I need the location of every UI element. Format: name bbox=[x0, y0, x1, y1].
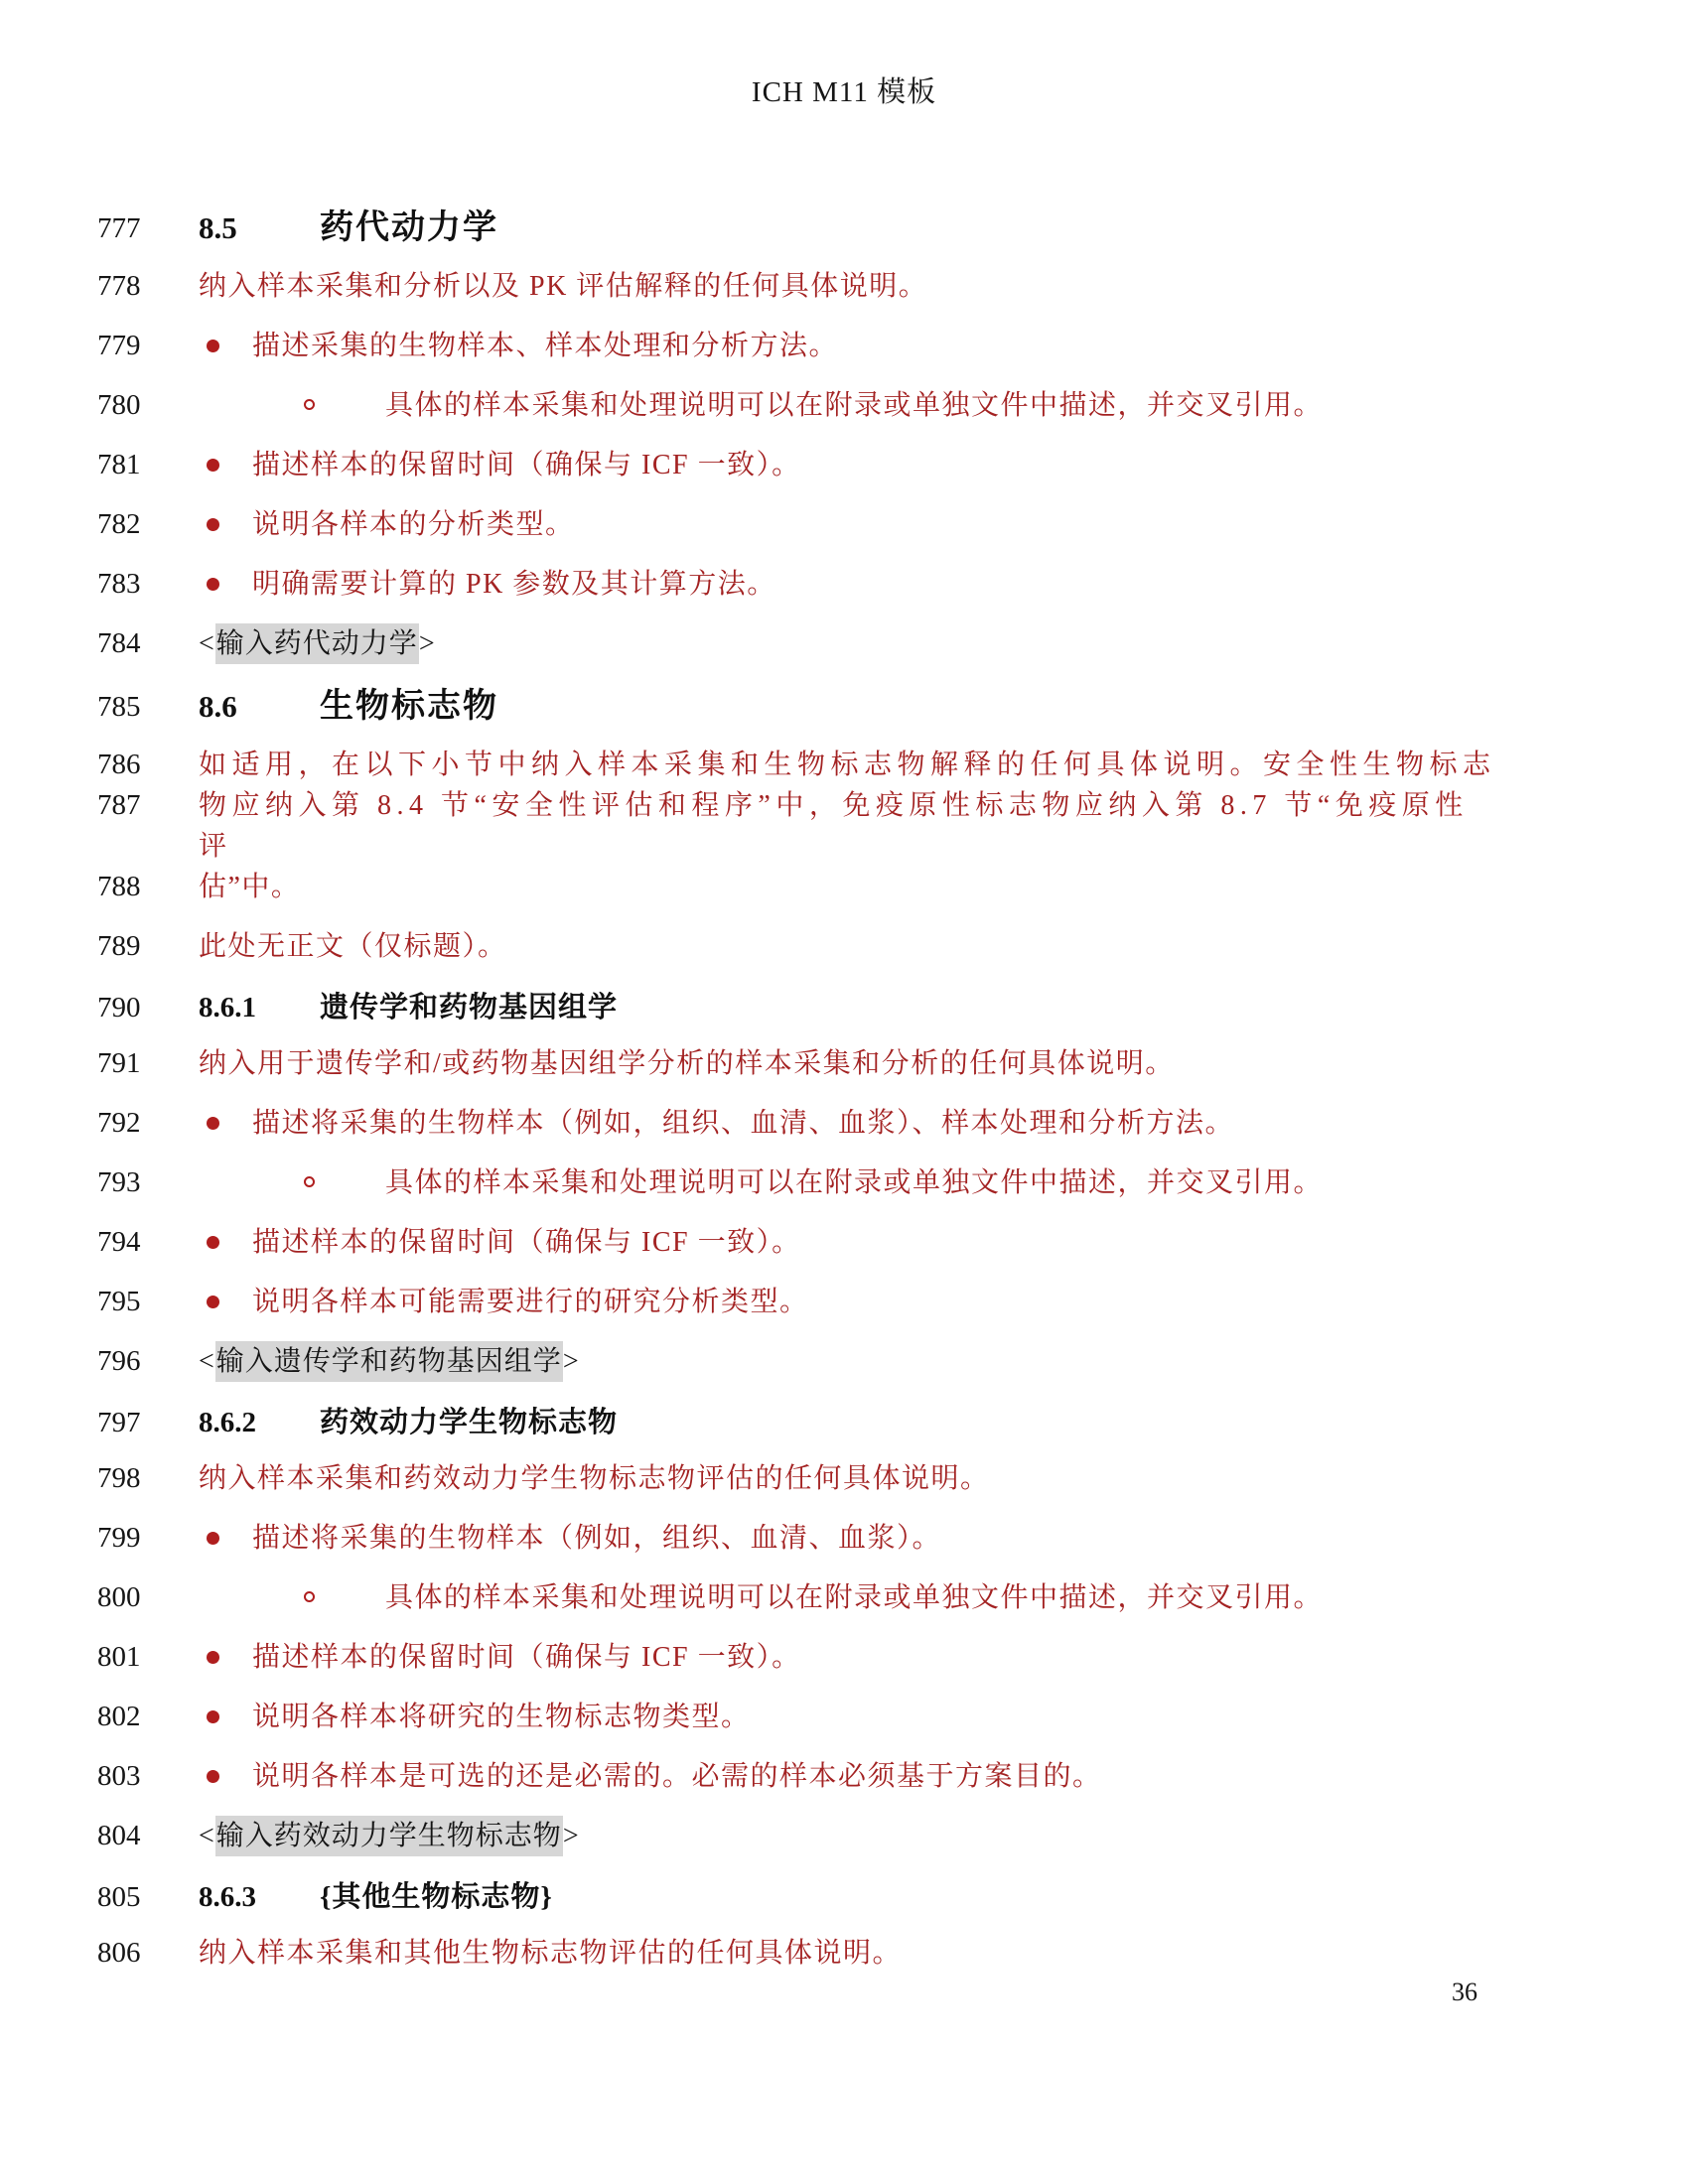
bullet-text: 具体的样本采集和处理说明可以在附录或单独文件中描述，并交叉引用。 bbox=[385, 390, 1323, 421]
bullet-item: 具体的样本采集和处理说明可以在附录或单独文件中描述，并交叉引用。 bbox=[199, 1162, 1499, 1203]
line-row: 793具体的样本采集和处理说明可以在附录或单独文件中描述，并交叉引用。 bbox=[97, 1162, 1499, 1203]
section-number: 8.6.3 bbox=[199, 1875, 320, 1919]
line-row: 792描述将采集的生物样本（例如，组织、血清、血浆）、样本处理和分析方法。 bbox=[97, 1103, 1499, 1144]
section-title: 药代动力学 bbox=[320, 209, 498, 246]
line-number: 803 bbox=[97, 1756, 199, 1797]
bullet-text: 说明各样本将研究的生物标志物类型。 bbox=[252, 1702, 751, 1732]
line-row: 801描述样本的保留时间（确保与 ICF 一致）。 bbox=[97, 1637, 1499, 1678]
paragraph-text: 物应纳入第 8.4 节“安全性评估和程序”中，免疫原性标志物应纳入第 8.7 节… bbox=[199, 785, 1499, 867]
filled-bullet-icon bbox=[207, 518, 219, 531]
filled-bullet-icon bbox=[207, 1296, 219, 1308]
line-number: 806 bbox=[97, 1933, 199, 1974]
filled-bullet-icon bbox=[207, 1651, 219, 1664]
section-title: 药效动力学生物标志物 bbox=[320, 1407, 618, 1438]
section-heading: 8.6.2药效动力学生物标志物 bbox=[199, 1401, 1499, 1444]
line-row: 791纳入用于遗传学和/或药物基因组学分析的样本采集和分析的任何具体说明。 bbox=[97, 1043, 1499, 1084]
placeholder-close-bracket: > bbox=[563, 1346, 580, 1377]
hollow-bullet-icon bbox=[304, 1591, 315, 1602]
hollow-bullet-icon bbox=[304, 399, 315, 410]
line-row: 7778.5药代动力学 bbox=[97, 205, 1499, 252]
bullet-text: 说明各样本是可选的还是必需的。必需的样本必须基于方案目的。 bbox=[252, 1761, 1102, 1792]
bullet-text: 描述样本的保留时间（确保与 ICF 一致）。 bbox=[252, 1227, 801, 1258]
line-row: 803说明各样本是可选的还是必需的。必需的样本必须基于方案目的。 bbox=[97, 1756, 1499, 1797]
document-header-title: ICH M11 模板 bbox=[0, 69, 1688, 110]
line-number: 804 bbox=[97, 1816, 199, 1856]
bullet-item: 说明各样本是可选的还是必需的。必需的样本必须基于方案目的。 bbox=[199, 1756, 1499, 1797]
bullet-text: 说明各样本可能需要进行的研究分析类型。 bbox=[252, 1287, 809, 1317]
line-number: 791 bbox=[97, 1043, 199, 1084]
bullet-item: 具体的样本采集和处理说明可以在附录或单独文件中描述，并交叉引用。 bbox=[199, 385, 1499, 426]
bullet-item: 描述样本的保留时间（确保与 ICF 一致）。 bbox=[199, 1637, 1499, 1678]
bullet-item: 描述将采集的生物样本（例如，组织、血清、血浆）。 bbox=[199, 1518, 1499, 1559]
filled-bullet-icon bbox=[207, 1710, 219, 1723]
section-heading: 8.6生物标志物 bbox=[199, 683, 1499, 731]
line-row: 789此处无正文（仅标题）。 bbox=[97, 926, 1499, 967]
bullet-item: 描述样本的保留时间（确保与 ICF 一致）。 bbox=[199, 1222, 1499, 1263]
bullet-text: 描述样本的保留时间（确保与 ICF 一致）。 bbox=[252, 1642, 801, 1673]
bullet-text: 描述将采集的生物样本（例如，组织、血清、血浆）、样本处理和分析方法。 bbox=[252, 1108, 1234, 1139]
line-number: 780 bbox=[97, 385, 199, 426]
bullet-item: 具体的样本采集和处理说明可以在附录或单独文件中描述，并交叉引用。 bbox=[199, 1577, 1499, 1618]
paragraph-text: 此处无正文（仅标题）。 bbox=[199, 926, 1499, 967]
placeholder-close-bracket: > bbox=[419, 628, 436, 659]
line-row: 8058.6.3{其他生物标志物} bbox=[97, 1875, 1499, 1919]
section-number: 8.6.1 bbox=[199, 986, 320, 1029]
paragraph-text: 如适用，在以下小节中纳入样本采集和生物标志物解释的任何具体说明。安全性生物标志 bbox=[199, 745, 1499, 785]
bullet-item: 说明各样本的分析类型。 bbox=[199, 504, 1499, 545]
bullet-item: 描述将采集的生物样本（例如，组织、血清、血浆）、样本处理和分析方法。 bbox=[199, 1103, 1499, 1144]
placeholder-open-bracket: < bbox=[199, 1821, 215, 1851]
bullet-text: 描述样本的保留时间（确保与 ICF 一致）。 bbox=[252, 450, 801, 480]
filled-bullet-icon bbox=[207, 1770, 219, 1783]
line-number: 783 bbox=[97, 564, 199, 605]
line-row: 796<输入遗传学和药物基因组学> bbox=[97, 1341, 1499, 1382]
line-number: 799 bbox=[97, 1518, 199, 1559]
line-number: 796 bbox=[97, 1341, 199, 1382]
line-number: 778 bbox=[97, 266, 199, 307]
line-number: 801 bbox=[97, 1637, 199, 1678]
section-title: 遗传学和药物基因组学 bbox=[320, 992, 618, 1024]
placeholder-open-bracket: < bbox=[199, 1346, 215, 1377]
bullet-text: 描述将采集的生物样本（例如，组织、血清、血浆）。 bbox=[252, 1523, 941, 1554]
placeholder-highlight: 输入药代动力学 bbox=[215, 623, 419, 664]
bullet-item: 描述样本的保留时间（确保与 ICF 一致）。 bbox=[199, 445, 1499, 485]
line-row: 778纳入样本采集和分析以及 PK 评估解释的任何具体说明。 bbox=[97, 266, 1499, 307]
line-number: 777 bbox=[97, 205, 199, 252]
line-number: 800 bbox=[97, 1577, 199, 1618]
bullet-text: 描述采集的生物样本、样本处理和分析方法。 bbox=[252, 331, 838, 361]
paragraph-text: 纳入用于遗传学和/或药物基因组学分析的样本采集和分析的任何具体说明。 bbox=[199, 1043, 1499, 1084]
placeholder-open-bracket: < bbox=[199, 628, 215, 659]
section-heading: 8.6.1遗传学和药物基因组学 bbox=[199, 986, 1499, 1029]
section-title: 生物标志物 bbox=[320, 688, 498, 725]
section-number: 8.6.2 bbox=[199, 1401, 320, 1444]
line-row: 804<输入药效动力学生物标志物> bbox=[97, 1816, 1499, 1856]
placeholder-line: <输入药效动力学生物标志物> bbox=[199, 1816, 1499, 1856]
paragraph-text: 估”中。 bbox=[199, 867, 1499, 907]
line-number: 797 bbox=[97, 1401, 199, 1444]
line-row: 780具体的样本采集和处理说明可以在附录或单独文件中描述，并交叉引用。 bbox=[97, 385, 1499, 426]
section-title: {其他生物标志物} bbox=[320, 1881, 553, 1913]
filled-bullet-icon bbox=[207, 1532, 219, 1545]
filled-bullet-icon bbox=[207, 1117, 219, 1130]
section-number: 8.5 bbox=[199, 205, 320, 252]
bullet-text: 明确需要计算的 PK 参数及其计算方法。 bbox=[252, 569, 776, 600]
line-number: 785 bbox=[97, 683, 199, 731]
line-row: 781描述样本的保留时间（确保与 ICF 一致）。 bbox=[97, 445, 1499, 485]
line-number: 794 bbox=[97, 1222, 199, 1263]
line-number: 805 bbox=[97, 1875, 199, 1919]
line-number: 779 bbox=[97, 326, 199, 366]
bullet-item: 说明各样本可能需要进行的研究分析类型。 bbox=[199, 1282, 1499, 1322]
filled-bullet-icon bbox=[207, 578, 219, 591]
line-row: 806纳入样本采集和其他生物标志物评估的任何具体说明。 bbox=[97, 1933, 1499, 1974]
placeholder-highlight: 输入遗传学和药物基因组学 bbox=[215, 1341, 563, 1382]
bullet-item: 描述采集的生物样本、样本处理和分析方法。 bbox=[199, 326, 1499, 366]
line-row: 782说明各样本的分析类型。 bbox=[97, 504, 1499, 545]
page-number: 36 bbox=[1452, 1978, 1477, 2007]
line-number: 781 bbox=[97, 445, 199, 485]
filled-bullet-icon bbox=[207, 1236, 219, 1249]
line-row: 787物应纳入第 8.4 节“安全性评估和程序”中，免疫原性标志物应纳入第 8.… bbox=[97, 785, 1499, 867]
line-number: 802 bbox=[97, 1697, 199, 1737]
bullet-text: 说明各样本的分析类型。 bbox=[252, 509, 575, 540]
line-number: 782 bbox=[97, 504, 199, 545]
line-row: 7908.6.1遗传学和药物基因组学 bbox=[97, 986, 1499, 1029]
document-page: ICH M11 模板 7778.5药代动力学778纳入样本采集和分析以及 PK … bbox=[0, 0, 1688, 2184]
line-number: 789 bbox=[97, 926, 199, 967]
paragraph-text: 纳入样本采集和其他生物标志物评估的任何具体说明。 bbox=[199, 1933, 1499, 1974]
document-lines: 7778.5药代动力学778纳入样本采集和分析以及 PK 评估解释的任何具体说明… bbox=[97, 197, 1499, 1992]
line-number: 792 bbox=[97, 1103, 199, 1144]
placeholder-close-bracket: > bbox=[563, 1821, 580, 1851]
bullet-item: 说明各样本将研究的生物标志物类型。 bbox=[199, 1697, 1499, 1737]
line-row: 798纳入样本采集和药效动力学生物标志物评估的任何具体说明。 bbox=[97, 1458, 1499, 1499]
placeholder-line: <输入遗传学和药物基因组学> bbox=[199, 1341, 1499, 1382]
line-row: 786如适用，在以下小节中纳入样本采集和生物标志物解释的任何具体说明。安全性生物… bbox=[97, 745, 1499, 785]
section-heading: 8.6.3{其他生物标志物} bbox=[199, 1875, 1499, 1919]
line-number: 795 bbox=[97, 1282, 199, 1322]
placeholder-highlight: 输入药效动力学生物标志物 bbox=[215, 1816, 563, 1856]
line-row: 794描述样本的保留时间（确保与 ICF 一致）。 bbox=[97, 1222, 1499, 1263]
line-row: 799描述将采集的生物样本（例如，组织、血清、血浆）。 bbox=[97, 1518, 1499, 1559]
line-row: 802说明各样本将研究的生物标志物类型。 bbox=[97, 1697, 1499, 1737]
paragraph-text: 纳入样本采集和分析以及 PK 评估解释的任何具体说明。 bbox=[199, 266, 1499, 307]
hollow-bullet-icon bbox=[304, 1176, 315, 1187]
line-row: 800具体的样本采集和处理说明可以在附录或单独文件中描述，并交叉引用。 bbox=[97, 1577, 1499, 1618]
line-row: 779描述采集的生物样本、样本处理和分析方法。 bbox=[97, 326, 1499, 366]
bullet-text: 具体的样本采集和处理说明可以在附录或单独文件中描述，并交叉引用。 bbox=[385, 1167, 1323, 1198]
line-row: 788估”中。 bbox=[97, 867, 1499, 907]
bullet-item: 明确需要计算的 PK 参数及其计算方法。 bbox=[199, 564, 1499, 605]
line-row: 7858.6生物标志物 bbox=[97, 683, 1499, 731]
line-number: 798 bbox=[97, 1458, 199, 1499]
line-row: 783明确需要计算的 PK 参数及其计算方法。 bbox=[97, 564, 1499, 605]
line-row: 7978.6.2药效动力学生物标志物 bbox=[97, 1401, 1499, 1444]
line-row: 795说明各样本可能需要进行的研究分析类型。 bbox=[97, 1282, 1499, 1322]
line-number: 790 bbox=[97, 986, 199, 1029]
line-row: 784<输入药代动力学> bbox=[97, 623, 1499, 664]
line-number: 788 bbox=[97, 867, 199, 907]
placeholder-line: <输入药代动力学> bbox=[199, 623, 1499, 664]
section-heading: 8.5药代动力学 bbox=[199, 205, 1499, 252]
filled-bullet-icon bbox=[207, 340, 219, 352]
line-number: 784 bbox=[97, 623, 199, 664]
section-number: 8.6 bbox=[199, 683, 320, 731]
line-number: 786 bbox=[97, 745, 199, 785]
filled-bullet-icon bbox=[207, 459, 219, 472]
paragraph-text: 纳入样本采集和药效动力学生物标志物评估的任何具体说明。 bbox=[199, 1458, 1499, 1499]
line-number: 793 bbox=[97, 1162, 199, 1203]
line-number: 787 bbox=[97, 785, 199, 867]
bullet-text: 具体的样本采集和处理说明可以在附录或单独文件中描述，并交叉引用。 bbox=[385, 1582, 1323, 1613]
